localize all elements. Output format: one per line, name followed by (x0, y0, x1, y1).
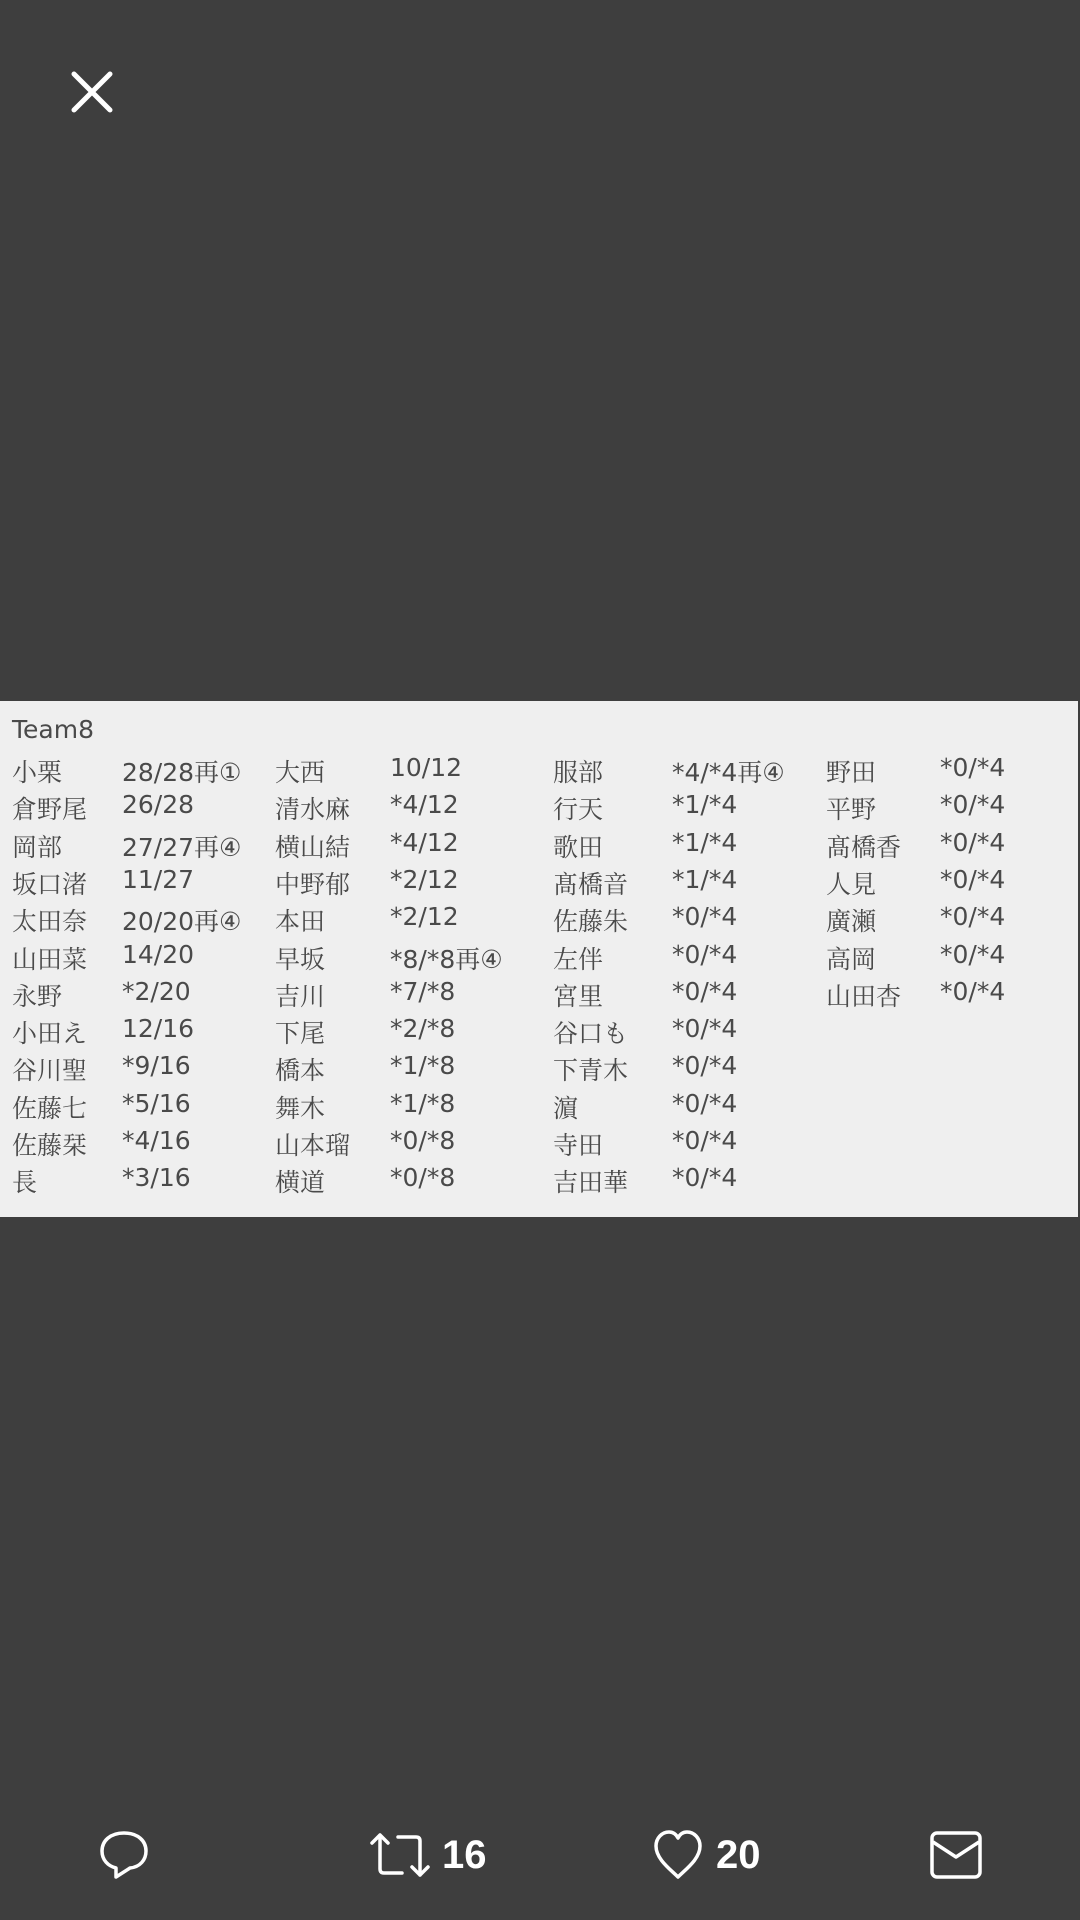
member-score: *0/*4 (940, 940, 1005, 969)
member-score: *0/*4 (672, 1051, 737, 1080)
member-name: 廣瀬 (826, 902, 876, 938)
member-name: 寺田 (553, 1126, 603, 1162)
member-name: 濵 (553, 1089, 578, 1125)
retweet-button[interactable]: 16 (368, 1825, 487, 1885)
table-row: 吉田華*0/*4 (0, 1163, 1078, 1200)
heart-icon (650, 1827, 706, 1883)
member-name: 下青木 (553, 1051, 628, 1087)
member-score: *0/*4 (940, 790, 1005, 819)
retweet-icon (368, 1827, 432, 1883)
table-row: 濵*0/*4 (0, 1089, 1078, 1126)
close-button[interactable] (70, 70, 114, 114)
member-name: 人見 (826, 865, 876, 901)
table-row: 野田*0/*4 (0, 753, 1078, 790)
reply-icon (96, 1827, 152, 1883)
member-name: 高岡 (826, 940, 876, 976)
member-name: 平野 (826, 790, 876, 826)
member-name: 山田杏 (826, 977, 901, 1013)
table-row: 山田杏*0/*4 (0, 977, 1078, 1014)
table-row: 谷口も*0/*4 (0, 1014, 1078, 1051)
mail-icon (928, 1827, 984, 1883)
direct-message-button[interactable] (928, 1825, 984, 1885)
like-count: 20 (716, 1833, 761, 1878)
member-name: 野田 (826, 753, 876, 789)
reply-button[interactable] (96, 1825, 152, 1885)
table-row: 下青木*0/*4 (0, 1051, 1078, 1088)
member-score: *0/*4 (940, 865, 1005, 894)
member-name: 髙橋香 (826, 828, 901, 864)
action-bar: 16 20 (0, 1805, 1080, 1905)
table-row: 平野*0/*4 (0, 790, 1078, 827)
table-row: 廣瀬*0/*4 (0, 902, 1078, 939)
media-image[interactable]: Team8 小栗28/28再①倉野尾26/28岡部27/27再④坂口渚11/27… (0, 701, 1078, 1217)
retweet-count: 16 (442, 1833, 487, 1878)
table-row: 寺田*0/*4 (0, 1126, 1078, 1163)
member-name: 谷口も (553, 1014, 628, 1050)
member-name: 吉田華 (553, 1163, 628, 1199)
member-score: *0/*4 (672, 1163, 737, 1192)
image-title: Team8 (12, 715, 94, 744)
table-row: 人見*0/*4 (0, 865, 1078, 902)
member-score: *0/*4 (940, 828, 1005, 857)
close-icon (70, 70, 114, 114)
table-row: 髙橋香*0/*4 (0, 828, 1078, 865)
member-score: *0/*4 (672, 1089, 737, 1118)
member-score: *0/*4 (672, 1126, 737, 1155)
like-button[interactable]: 20 (650, 1825, 761, 1885)
member-score: *0/*4 (940, 902, 1005, 931)
member-score: *0/*4 (940, 753, 1005, 782)
member-score: *0/*4 (940, 977, 1005, 1006)
member-score: *0/*4 (672, 1014, 737, 1043)
table-row: 高岡*0/*4 (0, 940, 1078, 977)
